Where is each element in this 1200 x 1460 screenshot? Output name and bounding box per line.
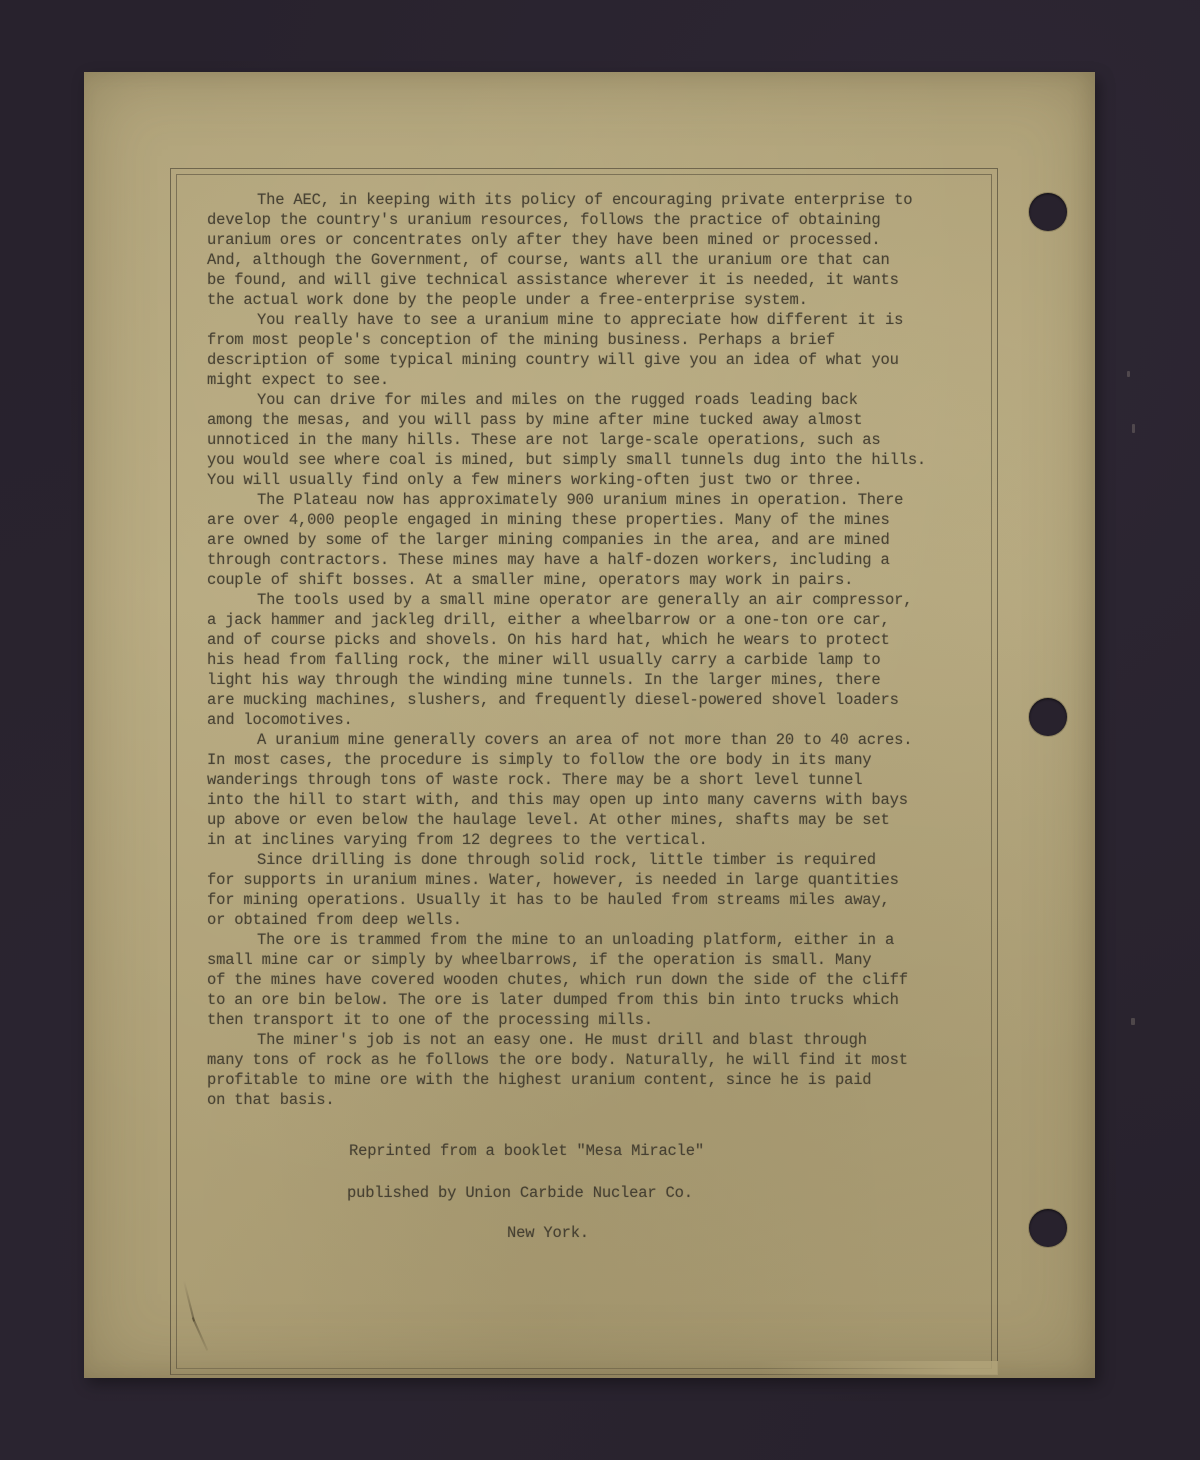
footer-reprint-line: Reprinted from a booklet "Mesa Miracle"	[207, 1141, 982, 1161]
footer-publisher-line: published by Union Carbide Nuclear Co.	[207, 1183, 982, 1203]
typewritten-text-block: The AEC, in keeping with its policy of e…	[207, 190, 982, 1243]
paragraph-plateau-mines: The Plateau now has approximately 900 ur…	[207, 490, 982, 590]
paragraph-tools: The tools used by a small mine operator …	[207, 590, 982, 730]
paragraph-drive-for-miles: You can drive for miles and miles on the…	[207, 390, 982, 490]
page-border: The AEC, in keeping with its policy of e…	[170, 168, 998, 1375]
punch-hole-top	[1029, 193, 1067, 231]
dust-speck	[1127, 371, 1130, 377]
dust-speck	[1131, 1018, 1135, 1025]
dust-speck	[1132, 424, 1135, 433]
paragraph-aec-policy: The AEC, in keeping with its policy of e…	[207, 190, 982, 310]
punch-hole-bottom	[1029, 1209, 1067, 1247]
document-page: The AEC, in keeping with its policy of e…	[84, 72, 1095, 1378]
paragraph-mine-area: A uranium mine generally covers an area …	[207, 730, 982, 850]
scan-background: The AEC, in keeping with its policy of e…	[0, 0, 1200, 1460]
punch-hole-middle	[1029, 698, 1067, 736]
footer-location-line: New York.	[207, 1223, 982, 1243]
paragraph-miners-job: The miner's job is not an easy one. He m…	[207, 1030, 982, 1110]
attribution-footer: Reprinted from a booklet "Mesa Miracle" …	[207, 1141, 982, 1243]
paragraph-drilling-water: Since drilling is done through solid roc…	[207, 850, 982, 930]
paragraph-ore-tramming: The ore is trammed from the mine to an u…	[207, 930, 982, 1030]
paragraph-see-a-mine: You really have to see a uranium mine to…	[207, 310, 982, 390]
